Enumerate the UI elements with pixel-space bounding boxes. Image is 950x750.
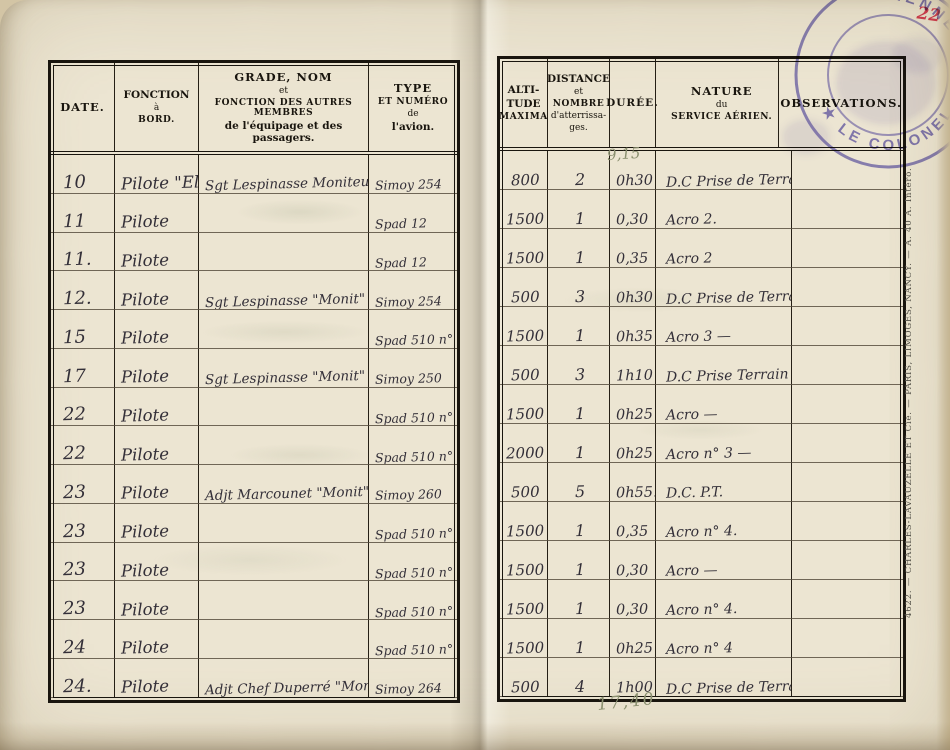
handwritten-text: 1 <box>575 523 586 539</box>
handwritten-text: 1 <box>575 562 586 578</box>
header-altitude: ALTI- TUDE MAXIMA <box>500 59 548 147</box>
handwritten-text: D.C. P.T. <box>666 485 723 500</box>
cell-date: 23 <box>51 504 115 543</box>
handwritten-text: Acro n° 4. <box>666 602 738 618</box>
handwritten-text: 1 <box>575 328 586 344</box>
handwritten-text: Spad 12 <box>375 217 427 231</box>
header-line: GRADE, NOM <box>234 70 332 84</box>
cell-dist: 3 <box>548 268 610 307</box>
cell-duree: 1h10 <box>610 346 656 385</box>
handwritten-text: 0h55. <box>616 485 656 501</box>
header-date: DATE. <box>51 63 115 151</box>
cell-type: Spad 12 <box>369 194 457 233</box>
cell-date: 12. <box>51 271 115 310</box>
cell-obs <box>792 190 903 229</box>
handwritten-text: Acro 2 <box>666 251 713 266</box>
handwritten-text: 22 <box>57 445 86 464</box>
cell-type: Spad 510 n° 12 <box>369 310 457 349</box>
handwritten-text: Acro n° 3 — <box>666 446 752 462</box>
cell-duree: 0,35 <box>610 229 656 268</box>
header-line: DISTANCE <box>547 73 610 85</box>
handwritten-text: 1 <box>575 406 586 422</box>
cell-dist: 1 <box>548 229 610 268</box>
cell-nature: D.C Prise de Terrain <box>656 658 792 697</box>
cell-type: Spad 510 n° 54 <box>369 543 457 582</box>
handwritten-text: 2000 <box>506 446 545 462</box>
handwritten-text: 0h30 <box>616 290 653 305</box>
table-row: 150010,35Acro 2 <box>500 229 903 268</box>
handwritten-text: 15 <box>57 328 86 347</box>
cell-dist: 3 <box>548 346 610 385</box>
handwritten-text: Simoy 254 <box>375 295 442 309</box>
cell-fonction: Pilote <box>115 620 199 659</box>
table-row: 24PiloteSpad 510 n° 12 <box>51 620 457 659</box>
handwritten-text: 0h25 <box>616 641 653 656</box>
cell-date: 11 <box>51 194 115 233</box>
handwritten-text: 1h10 <box>616 368 653 383</box>
cell-fonction: Pilote <box>115 426 199 465</box>
right-page-table: ALTI- TUDE MAXIMA DISTANCE et NOMBRE d'a… <box>497 56 906 702</box>
handwritten-text: D.C Prise de Terrain <box>666 172 792 190</box>
table-row: 24.PiloteAdjt Chef Duperré "Monit"Simoy … <box>51 659 457 698</box>
cell-date: 15 <box>51 310 115 349</box>
handwritten-text: 800 <box>511 173 540 189</box>
handwritten-text: Acro 2. <box>666 212 717 227</box>
handwritten-text: Spad 510 n° 56 <box>375 410 457 425</box>
handwritten-text: 22 <box>57 406 86 425</box>
cell-nature: D.C. P.T. <box>656 463 792 502</box>
table-row: 150010,35Acro n° 4. <box>500 502 903 541</box>
handwritten-text: 24 <box>57 638 86 657</box>
handwritten-text: 0h35 <box>616 329 653 344</box>
cell-obs <box>792 541 903 580</box>
handwritten-text: Pilote <box>121 485 169 503</box>
handwritten-text: Sgt Lespinasse Moniteur <box>205 176 369 194</box>
cell-alt: 500 <box>500 658 548 697</box>
handwritten-text: 23 <box>57 522 86 541</box>
handwritten-text: Pilote <box>121 291 169 309</box>
handwritten-text: 12. <box>57 290 92 309</box>
cell-fonction: Pilote <box>115 388 199 427</box>
header-line: SERVICE AÉRIEN. <box>671 112 772 122</box>
cell-date: 22 <box>51 426 115 465</box>
handwritten-text: Simoy 260 <box>375 488 442 502</box>
right-table-rows: 80020h30D.C Prise de Terrain150010,30Acr… <box>500 151 903 697</box>
header-distance: DISTANCE et NOMBRE d'atterrissa- ges. <box>548 59 610 147</box>
header-date-label: DATE. <box>60 100 105 114</box>
header-line: BORD. <box>138 115 175 125</box>
handwritten-text: 500 <box>511 485 540 501</box>
cell-dist: 1 <box>548 385 610 424</box>
handwritten-text: 500 <box>511 368 540 384</box>
header-line: ET NUMÉRO <box>378 97 448 107</box>
cell-grade <box>199 504 369 543</box>
cell-duree: 0h25 <box>610 385 656 424</box>
cell-fonction: Pilote <box>115 581 199 620</box>
table-row: 150010h25Acro — <box>500 385 903 424</box>
header-line: DURÉE. <box>606 97 659 109</box>
handwritten-text: 3 <box>575 367 586 383</box>
cell-duree: 0h25 <box>610 424 656 463</box>
handwritten-text: Acro — <box>666 407 718 422</box>
cell-fonction: Pilote <box>115 271 199 310</box>
header-line: l'avion. <box>392 121 434 133</box>
handwritten-text: Simoy 264 <box>375 682 442 696</box>
table-row: 12.PiloteSgt Lespinasse "Monit"Simoy 254 <box>51 271 457 310</box>
cell-nature: Acro 3 — <box>656 307 792 346</box>
handwritten-text: Spad 510 n° 12 <box>375 643 457 658</box>
handwritten-text: Pilote <box>121 368 169 386</box>
right-table-header: ALTI- TUDE MAXIMA DISTANCE et NOMBRE d'a… <box>500 59 903 151</box>
table-row: 150010h25Acro n° 4 <box>500 619 903 658</box>
handwritten-text: Pilote <box>121 330 169 348</box>
cell-nature: D.C Prise de Terrain <box>656 151 792 190</box>
cell-type: Simoy 254 <box>369 155 457 194</box>
page-right-edge <box>934 0 950 750</box>
handwritten-text: Acro n° 4. <box>666 524 738 540</box>
handwritten-text: 4 <box>575 679 586 695</box>
cell-obs <box>792 268 903 307</box>
header-fonction: FONCTION à BORD. <box>115 63 199 151</box>
table-row: 50031h10D.C Prise Terrain <box>500 346 903 385</box>
handwritten-text: Pilote <box>121 252 169 270</box>
table-row: 150010,30Acro 2. <box>500 190 903 229</box>
cell-alt: 1500 <box>500 385 548 424</box>
handwritten-text: Adjt Marcounet "Monit" <box>205 486 369 504</box>
cell-obs <box>792 385 903 424</box>
page-bottom-edge <box>0 722 950 750</box>
table-row: 150010,30Acro — <box>500 541 903 580</box>
cell-date: 17 <box>51 349 115 388</box>
left-page-table: DATE. FONCTION à BORD. GRADE, NOM et FON… <box>48 60 460 703</box>
table-row: 11PiloteSpad 12 <box>51 194 457 233</box>
table-row: 50050h55.D.C. P.T. <box>500 463 903 502</box>
handwritten-text: D.C Prise de Terrain <box>666 679 792 697</box>
handwritten-text: 2 <box>575 172 586 188</box>
handwritten-text: Spad 510 n° 52 <box>375 527 457 542</box>
table-row: 50030h30D.C Prise de Terrain <box>500 268 903 307</box>
cell-dist: 1 <box>548 619 610 658</box>
handwritten-text: 5 <box>575 484 586 500</box>
handwritten-text: Pilote <box>121 640 169 658</box>
pencil-note-top: 9,15 <box>607 146 641 163</box>
header-line: ALTI- <box>508 84 540 96</box>
cell-fonction: Pilote <box>115 349 199 388</box>
handwritten-text: 0h25 <box>616 446 653 461</box>
header-line: et <box>574 87 583 97</box>
handwritten-text: 1 <box>575 211 586 227</box>
cell-duree: 0h35 <box>610 307 656 346</box>
logbook-spread: DATE. FONCTION à BORD. GRADE, NOM et FON… <box>0 0 950 750</box>
cell-duree: 0h30 <box>610 268 656 307</box>
cell-date: 22 <box>51 388 115 427</box>
cell-type: Spad 12 <box>369 233 457 272</box>
cell-duree: 0,30 <box>610 190 656 229</box>
cell-type: Simoy 260 <box>369 465 457 504</box>
cell-dist: 1 <box>548 580 610 619</box>
cell-grade: Sgt Lespinasse "Monit" <box>199 271 369 310</box>
cell-fonction: Pilote <box>115 659 199 698</box>
cell-dist: 1 <box>548 307 610 346</box>
cell-type: Spad 510 n° 52 <box>369 504 457 543</box>
cell-grade <box>199 426 369 465</box>
cell-obs <box>792 346 903 385</box>
table-row: 150010h35Acro 3 — <box>500 307 903 346</box>
cell-nature: Acro n° 4 <box>656 619 792 658</box>
cell-alt: 2000 <box>500 424 548 463</box>
cell-fonction: Pilote <box>115 504 199 543</box>
handwritten-text: Pilote "Elève" <box>121 174 199 193</box>
handwritten-text: 23 <box>57 561 86 580</box>
cell-alt: 1500 <box>500 190 548 229</box>
header-type: TYPE ET NUMÉRO de l'avion. <box>369 63 457 151</box>
table-row: 11.PiloteSpad 12 <box>51 233 457 272</box>
left-table-header: DATE. FONCTION à BORD. GRADE, NOM et FON… <box>51 63 457 155</box>
table-row: 23PiloteSpad 510 n° 52 <box>51 504 457 543</box>
cell-obs <box>792 619 903 658</box>
cell-dist: 2 <box>548 151 610 190</box>
handwritten-text: D.C Prise de Terrain <box>666 289 792 307</box>
cell-alt: 500 <box>500 463 548 502</box>
handwritten-text: Pilote <box>121 562 169 580</box>
cell-grade <box>199 388 369 427</box>
cell-dist: 1 <box>548 541 610 580</box>
handwritten-text: 1 <box>575 445 586 461</box>
header-line: ges. <box>569 123 588 133</box>
cell-alt: 500 <box>500 268 548 307</box>
cell-grade: Adjt Marcounet "Monit" <box>199 465 369 504</box>
handwritten-text: Pilote <box>121 213 169 231</box>
handwritten-text: 0,30 <box>616 563 649 578</box>
handwritten-text: 0,35 <box>616 251 649 266</box>
printer-imprint: 4622. — CHARLES-LAVAUZELLE ET Cie. — PAR… <box>901 150 917 618</box>
handwritten-text: 1 <box>575 250 586 266</box>
cell-grade: Adjt Chef Duperré "Monit" <box>199 659 369 698</box>
cell-alt: 800 <box>500 151 548 190</box>
handwritten-text: 1500 <box>506 524 545 540</box>
cell-date: 23 <box>51 581 115 620</box>
cell-nature: D.C Prise de Terrain <box>656 268 792 307</box>
cell-obs <box>792 463 903 502</box>
cell-grade: Sgt Lespinasse "Monit" <box>199 349 369 388</box>
cell-fonction: Pilote <box>115 465 199 504</box>
cell-alt: 1500 <box>500 619 548 658</box>
handwritten-text: Spad 510 n° 54 <box>375 565 457 580</box>
handwritten-text: 0h25 <box>616 407 653 422</box>
cell-date: 11. <box>51 233 115 272</box>
cell-fonction: Pilote "Elève" <box>115 155 199 194</box>
cell-grade <box>199 581 369 620</box>
cell-alt: 500 <box>500 346 548 385</box>
handwritten-text: 23 <box>57 600 86 619</box>
cell-date: 10 <box>51 155 115 194</box>
handwritten-text: 1 <box>575 601 586 617</box>
cell-date: 23 <box>51 543 115 582</box>
handwritten-text: 0,30 <box>616 212 649 227</box>
cell-obs <box>792 307 903 346</box>
cell-duree: 0,35 <box>610 502 656 541</box>
handwritten-text: 24. <box>57 677 92 696</box>
cell-obs <box>792 502 903 541</box>
cell-obs <box>792 658 903 697</box>
handwritten-text: 500 <box>511 290 540 306</box>
handwritten-text: 1500 <box>506 563 545 579</box>
header-line: de l'équipage et des passagers. <box>200 120 367 144</box>
handwritten-text: Spad 510 n° 12 <box>375 333 457 348</box>
cell-obs <box>792 580 903 619</box>
cell-obs <box>792 151 903 190</box>
handwritten-text: Simoy 250 <box>375 372 442 386</box>
cell-nature: Acro n° 4. <box>656 580 792 619</box>
cell-grade <box>199 620 369 659</box>
handwritten-text: Acro n° 4 <box>666 641 733 657</box>
cell-alt: 1500 <box>500 307 548 346</box>
table-row: 15PiloteSpad 510 n° 12 <box>51 310 457 349</box>
cell-dist: 1 <box>548 502 610 541</box>
cell-fonction: Pilote <box>115 233 199 272</box>
cell-nature: Acro n° 4. <box>656 502 792 541</box>
table-row: 22PiloteSpad 510 n° 56 <box>51 388 457 427</box>
table-row: 80020h30D.C Prise de Terrain <box>500 151 903 190</box>
header-grade: GRADE, NOM et FONCTION DES AUTRES MEMBRE… <box>199 63 369 151</box>
handwritten-text: 17 <box>57 367 86 386</box>
handwritten-text: Adjt Chef Duperré "Monit" <box>205 680 369 698</box>
cell-duree: 0,30 <box>610 580 656 619</box>
handwritten-text: Sgt Lespinasse "Monit" <box>205 292 365 310</box>
cell-nature: Acro n° 3 — <box>656 424 792 463</box>
table-row: 50041h00D.C Prise de Terrain <box>500 658 903 697</box>
table-row: 23PiloteAdjt Marcounet "Monit"Simoy 260 <box>51 465 457 504</box>
cell-nature: Acro 2 <box>656 229 792 268</box>
cell-type: Spad 510 n° 12 <box>369 620 457 659</box>
cell-nature: Acro — <box>656 385 792 424</box>
header-nature: NATURE du SERVICE AÉRIEN. <box>656 59 779 147</box>
cell-alt: 1500 <box>500 580 548 619</box>
cell-type: Spad 510 n° 56 <box>369 388 457 427</box>
cell-obs <box>792 424 903 463</box>
cell-duree: 0,30 <box>610 541 656 580</box>
cell-type: Simoy 250 <box>369 349 457 388</box>
cell-fonction: Pilote <box>115 310 199 349</box>
table-row: 17PiloteSgt Lespinasse "Monit"Simoy 250 <box>51 349 457 388</box>
handwritten-text: 500 <box>511 680 540 696</box>
cell-grade <box>199 543 369 582</box>
handwritten-text: Acro — <box>666 563 718 578</box>
cell-date: 24 <box>51 620 115 659</box>
cell-type: Simoy 264 <box>369 659 457 698</box>
cell-dist: 4 <box>548 658 610 697</box>
handwritten-text: Pilote <box>121 523 169 541</box>
cell-type: Spad 510 n° 12 <box>369 581 457 620</box>
handwritten-text: 1500 <box>506 641 545 657</box>
header-line: d'atterrissa- <box>551 111 606 121</box>
cell-dist: 5 <box>548 463 610 502</box>
left-table-rows: 10Pilote "Elève"Sgt Lespinasse MoniteurS… <box>51 155 457 698</box>
cell-obs <box>792 229 903 268</box>
cell-nature: Acro — <box>656 541 792 580</box>
handwritten-text: 3 <box>575 289 586 305</box>
handwritten-text: Spad 510 n° 12 <box>375 604 457 619</box>
cell-nature: D.C Prise Terrain <box>656 346 792 385</box>
table-row: 23PiloteSpad 510 n° 12 <box>51 581 457 620</box>
header-line: FONCTION DES AUTRES MEMBRES <box>200 98 367 118</box>
handwritten-text: 0h30 <box>616 173 653 188</box>
handwritten-text: 23 <box>57 483 86 502</box>
handwritten-text: Acro 3 — <box>666 329 731 345</box>
header-line: TYPE <box>394 81 432 95</box>
handwritten-text: 1500 <box>506 407 545 423</box>
handwritten-text: 1500 <box>506 251 545 267</box>
handwritten-text: Sgt Lespinasse "Monit" <box>205 370 365 388</box>
header-line: NOMBRE <box>553 99 605 109</box>
cell-alt: 1500 <box>500 541 548 580</box>
handwritten-text: 10 <box>57 173 86 192</box>
cell-date: 24. <box>51 659 115 698</box>
table-row: 150010,30Acro n° 4. <box>500 580 903 619</box>
handwritten-text: 0,30 <box>616 602 649 617</box>
header-line: MAXIMA <box>499 112 548 122</box>
header-line: NATURE <box>691 84 753 98</box>
header-line: de <box>407 109 418 119</box>
table-row: 22PiloteSpad 510 n° 12 <box>51 426 457 465</box>
handwritten-text: Simoy 254 <box>375 178 442 192</box>
header-duree: DURÉE. <box>610 59 656 147</box>
header-observations: OBSERVATIONS. <box>779 59 903 147</box>
header-line: du <box>716 100 728 110</box>
cell-duree: 0h55. <box>610 463 656 502</box>
handwritten-text: 1500 <box>506 329 545 345</box>
cell-alt: 1500 <box>500 229 548 268</box>
cell-duree: 0h25 <box>610 619 656 658</box>
handwritten-text: 0,35 <box>616 524 649 539</box>
handwritten-text: Pilote <box>121 678 169 696</box>
handwritten-text: Spad 12 <box>375 256 427 270</box>
cell-dist: 1 <box>548 424 610 463</box>
cell-grade: Sgt Lespinasse Moniteur <box>199 155 369 194</box>
cell-type: Spad 510 n° 12 <box>369 426 457 465</box>
cell-fonction: Pilote <box>115 543 199 582</box>
handwritten-text: 11. <box>57 251 92 270</box>
table-row: 10Pilote "Elève"Sgt Lespinasse MoniteurS… <box>51 155 457 194</box>
header-line: TUDE <box>506 98 540 110</box>
cell-grade <box>199 194 369 233</box>
handwritten-text: Pilote <box>121 407 169 425</box>
cell-dist: 1 <box>548 190 610 229</box>
handwritten-text: Spad 510 n° 12 <box>375 449 457 464</box>
cell-grade <box>199 310 369 349</box>
handwritten-text: 1500 <box>506 602 545 618</box>
cell-nature: Acro 2. <box>656 190 792 229</box>
header-line: OBSERVATIONS. <box>780 96 902 110</box>
header-line: à <box>154 103 159 113</box>
cell-grade <box>199 233 369 272</box>
table-row: 200010h25Acro n° 3 — <box>500 424 903 463</box>
handwritten-text: 1500 <box>506 212 545 228</box>
header-line: FONCTION <box>123 89 189 101</box>
handwritten-text: Pilote <box>121 446 169 464</box>
cell-fonction: Pilote <box>115 194 199 233</box>
cell-date: 23 <box>51 465 115 504</box>
handwritten-text: 11 <box>57 212 86 231</box>
handwritten-text: Pilote <box>121 601 169 619</box>
cell-alt: 1500 <box>500 502 548 541</box>
handwritten-text: 1 <box>575 640 586 656</box>
handwritten-text: D.C Prise Terrain <box>666 367 789 384</box>
table-row: 23PiloteSpad 510 n° 54 <box>51 543 457 582</box>
header-line: et <box>279 86 288 96</box>
cell-type: Simoy 254 <box>369 271 457 310</box>
